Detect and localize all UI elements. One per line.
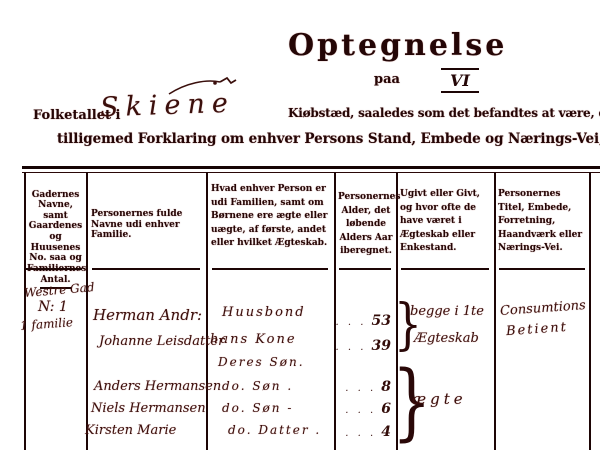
family-position-6: do. Datter . xyxy=(228,423,321,437)
family-position-3: Deres Søn. xyxy=(218,355,305,369)
age-value: 4 xyxy=(381,424,391,440)
col-header-marital-status: Ugivt eller Givt, og hvor ofte de have v… xyxy=(400,188,491,256)
col-header-streets-text: Gadernes Navne, samt Gaardenes og Huusen… xyxy=(27,190,86,274)
table-border-left xyxy=(24,172,26,450)
col-header-streets: Gadernes Navne, samt Gaardenes og Huusen… xyxy=(27,179,84,289)
header-rule-col3 xyxy=(212,268,328,270)
person-name-3: Anders Hermansen xyxy=(94,379,221,394)
header-rule-col5 xyxy=(401,268,489,270)
town-name-handwritten: Skiene xyxy=(100,88,236,124)
occupation-line1: Consumtions xyxy=(500,298,587,319)
family-position-4: do. Søn . xyxy=(222,379,293,393)
age-row-3: . . . 8 xyxy=(333,376,391,395)
col-header-occupation: Personernes Titel, Embede, Forretning, H… xyxy=(498,188,586,256)
subtitle-paa: paa xyxy=(374,72,400,87)
age-leader-dots: . . . xyxy=(336,317,367,328)
age-value: 53 xyxy=(372,313,391,329)
age-value: 39 xyxy=(372,338,391,354)
family-position-2: hans Kone xyxy=(210,332,297,347)
age-leader-dots: . . . xyxy=(345,383,376,394)
age-value: 8 xyxy=(381,379,391,395)
folio-number: VI xyxy=(441,68,479,93)
col-divider-1 xyxy=(86,172,88,450)
table-top-rule xyxy=(22,166,600,169)
marriage-status-line2: Ægteskab xyxy=(414,331,479,346)
family-position-1: Huusbond xyxy=(222,305,306,320)
marriage-status-line1: begge i 1te xyxy=(410,304,484,319)
header-rule-col1 xyxy=(26,268,82,270)
age-leader-dots: . . . xyxy=(345,428,376,439)
age-row-5: . . . 4 xyxy=(333,421,391,440)
col-header-names: Personernes fulde Navne udi enhver Famil… xyxy=(91,209,203,241)
occupation-line2: Betient xyxy=(506,320,569,339)
children-legitimacy-note: ægte xyxy=(412,390,467,408)
col-divider-5 xyxy=(494,172,496,450)
intro-line2: tilligemed Forklaring om enhver Persons … xyxy=(57,131,600,147)
header-rule-col2 xyxy=(92,268,200,270)
age-leader-dots: . . . xyxy=(345,405,376,416)
census-document-page: Optegnelse paa VI Folketallet i Skiene K… xyxy=(0,0,600,450)
age-leader-dots: . . . xyxy=(336,342,367,353)
table-top-rule-inner xyxy=(22,172,600,173)
col-divider-2 xyxy=(206,172,208,450)
age-row-1: . . . 53 xyxy=(333,310,391,329)
family-count: 1 familie xyxy=(20,315,74,333)
family-position-5: do. Søn - xyxy=(222,401,293,415)
table-border-right xyxy=(589,172,591,450)
person-name-4: Niels Hermansen xyxy=(91,401,206,416)
person-name-1: Herman Andr: xyxy=(93,306,202,324)
page-title: Optegnelse xyxy=(288,28,507,63)
intro-suffix: Kiøbstæd, saaledes som det befandtes at … xyxy=(288,106,600,120)
age-row-4: . . . 6 xyxy=(333,398,391,417)
person-name-2: Johanne Leisdatter xyxy=(99,334,224,349)
col-header-age: Personernes Alder, det løbende Alders Aa… xyxy=(338,191,394,259)
header-rule-col4 xyxy=(339,268,391,270)
house-number: N: 1 xyxy=(38,299,68,315)
person-name-5: Kirsten Marie xyxy=(85,423,176,438)
header-rule-col6 xyxy=(499,268,585,270)
col-header-family-position: Hvad enhver Person er udi Familien, samt… xyxy=(211,183,331,251)
age-value: 6 xyxy=(381,401,391,417)
age-row-2: . . . 39 xyxy=(333,335,391,354)
